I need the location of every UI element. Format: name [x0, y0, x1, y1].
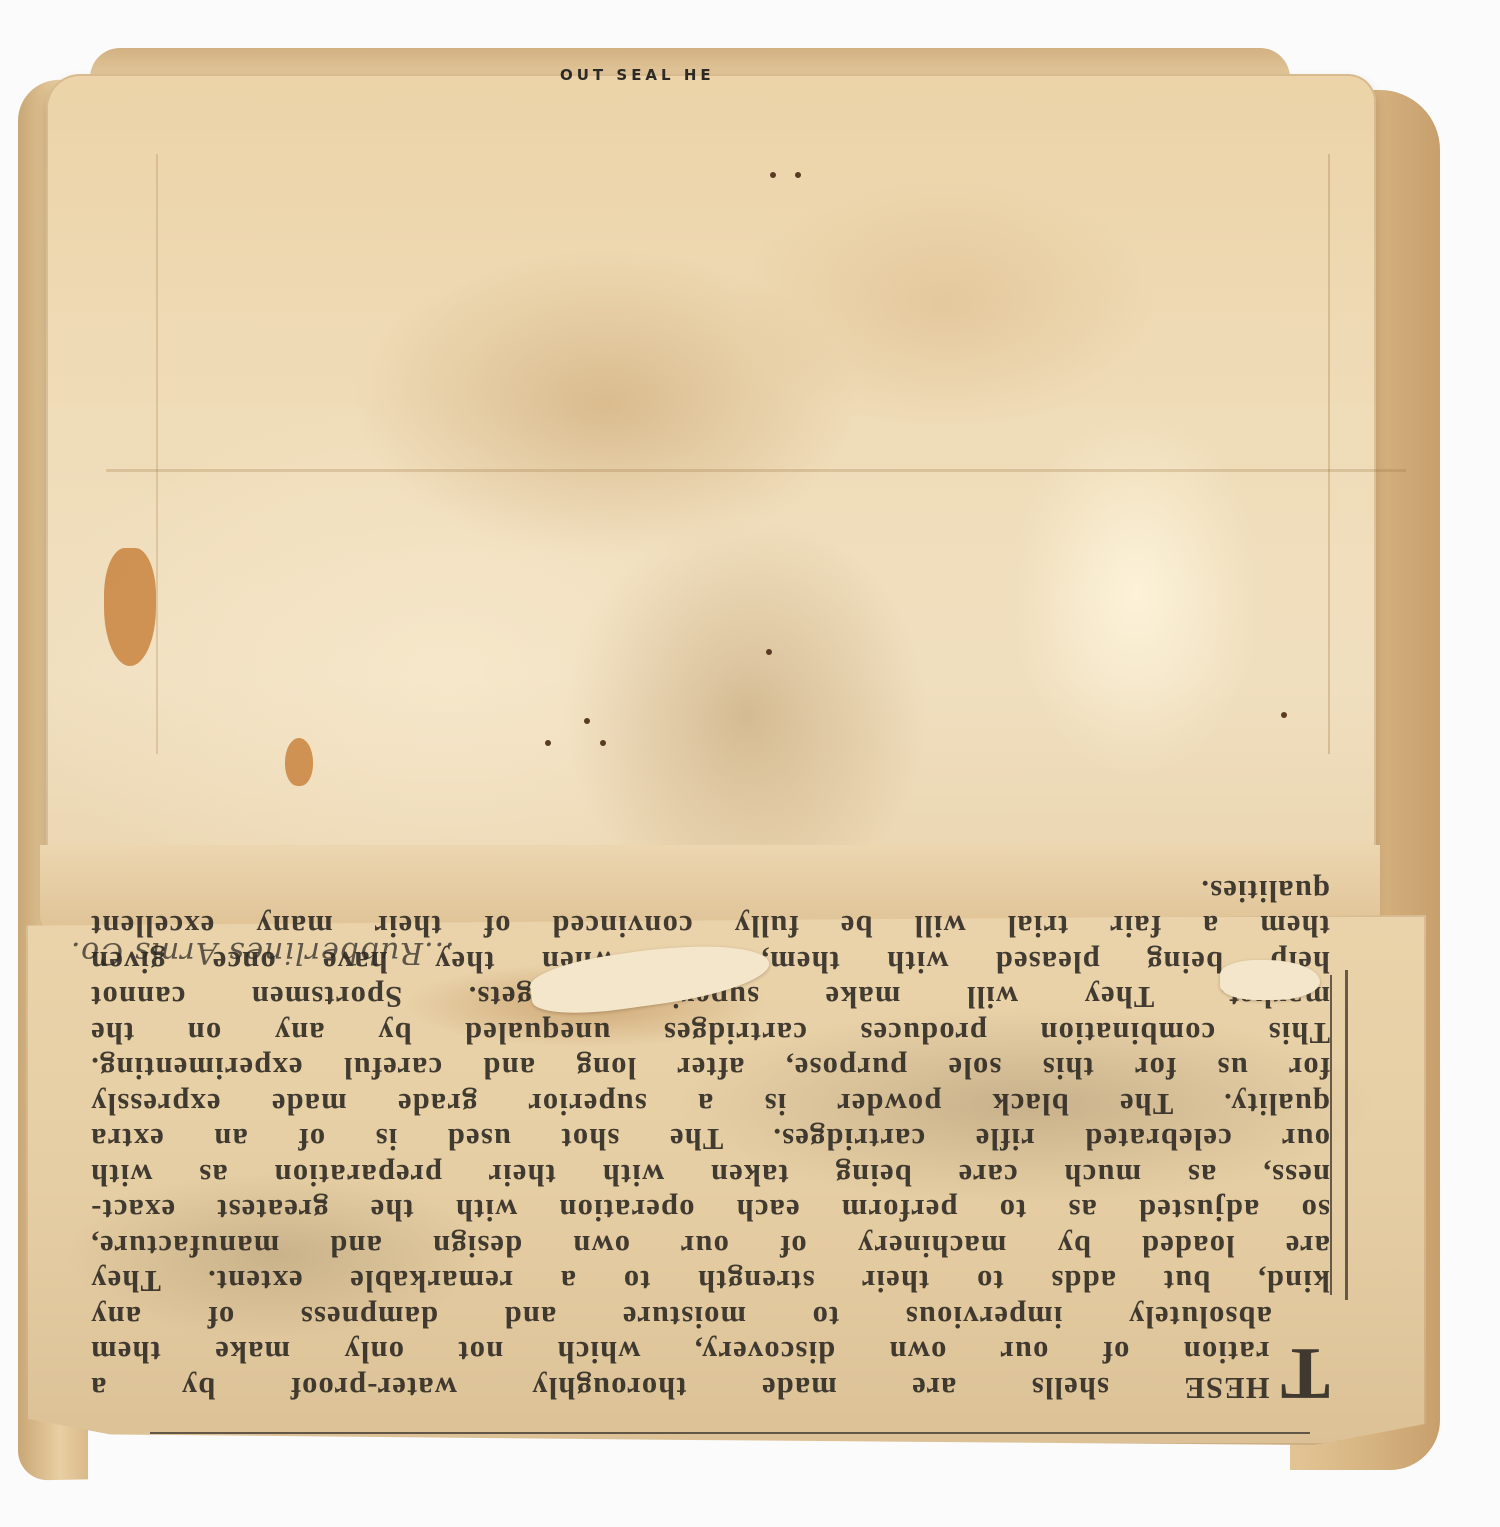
text-line: ness, as much care being taken with thei… — [90, 1157, 1330, 1193]
stain-dot — [770, 172, 776, 178]
box-lid — [46, 74, 1376, 934]
water-stain-drip — [104, 548, 156, 666]
text-line: so adjusted as to perform each operation… — [90, 1192, 1330, 1228]
stain-dot — [545, 740, 551, 746]
lid-stamp-text: OUT SEAL HE — [560, 66, 715, 84]
stain-dot — [766, 649, 772, 655]
text-line: absolutely impervious to moisture and da… — [90, 1299, 1330, 1335]
stain-dot — [795, 172, 801, 178]
label-border-rule — [150, 1432, 1310, 1434]
text-line: This combination produces cartridges une… — [90, 1015, 1330, 1051]
text-line: qualities. — [90, 873, 1330, 909]
text-line: THESE shells are made thoroughly water-p… — [90, 1370, 1330, 1406]
water-stain-drip — [285, 738, 313, 786]
text-line: are loaded by machinery of our own desig… — [90, 1228, 1330, 1264]
label-border-rule — [1330, 975, 1332, 1295]
stain-dot — [584, 718, 590, 724]
text-line: them a fair trial will be fully convince… — [90, 908, 1330, 944]
label-border-rule — [1345, 970, 1348, 1300]
stain-dot — [600, 740, 606, 746]
text-line: for us for this sole purpose, after long… — [90, 1050, 1330, 1086]
lid-fold-crease — [106, 469, 1406, 472]
stain-dot — [1281, 712, 1287, 718]
torn-paper-patch — [1220, 960, 1320, 1000]
text-line: quality. The black powder is a superior … — [90, 1086, 1330, 1122]
text-line: ration of our own discovery, which not o… — [90, 1334, 1330, 1370]
text-line: our celebrated rifle cartridges. The sho… — [90, 1121, 1330, 1157]
photo-scene: OUT SEAL HE ...Rubberlines Arms Co. THES… — [0, 0, 1500, 1527]
text-line: kind, but adds to their strength to a re… — [90, 1263, 1330, 1299]
lid-inner-edge — [156, 154, 1330, 754]
